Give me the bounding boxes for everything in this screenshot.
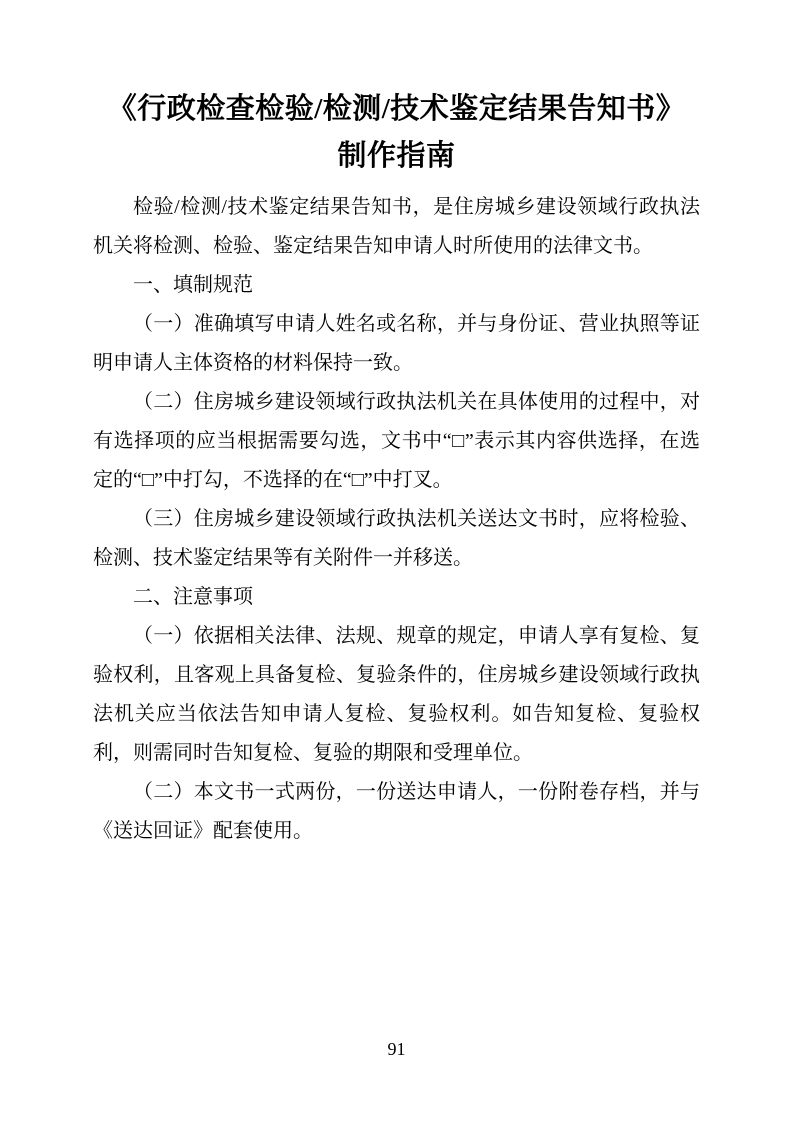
paragraph-rule-1: （一）准确填写申请人姓名或名称，并与身份证、营业执照等证明申请人主体资格的材料保… (93, 305, 700, 383)
paragraph-rule-2: （二）住房城乡建设领域行政执法机关在具体使用的过程中，对有选择项的应当根据需要勾… (93, 383, 700, 500)
document-body: 检验/检测/技术鉴定结果告知书，是住房城乡建设领域行政执法机关将检测、检验、鉴定… (93, 188, 700, 851)
section-heading-filling-rules: 一、填制规范 (93, 266, 700, 305)
document-page: 《行政检查检验/检测/技术鉴定结果告知书》 制作指南 检验/检测/技术鉴定结果告… (0, 0, 793, 1122)
paragraph-note-2: （二）本文书一式两份，一份送达申请人，一份附卷存档，并与《送达回证》配套使用。 (93, 773, 700, 851)
section-heading-notes: 二、注意事项 (93, 578, 700, 617)
document-title: 《行政检查检验/检测/技术鉴定结果告知书》 制作指南 (0, 0, 793, 180)
page-number: 91 (0, 1038, 793, 1060)
paragraph-intro: 检验/检测/技术鉴定结果告知书，是住房城乡建设领域行政执法机关将检测、检验、鉴定… (93, 188, 700, 266)
paragraph-rule-3: （三）住房城乡建设领域行政执法机关送达文书时，应将检验、检测、技术鉴定结果等有关… (93, 500, 700, 578)
title-line-2: 制作指南 (0, 133, 793, 180)
paragraph-note-1: （一）依据相关法律、法规、规章的规定，申请人享有复检、复验权利，且客观上具备复检… (93, 617, 700, 773)
title-line-1: 《行政检查检验/检测/技术鉴定结果告知书》 (0, 86, 793, 133)
